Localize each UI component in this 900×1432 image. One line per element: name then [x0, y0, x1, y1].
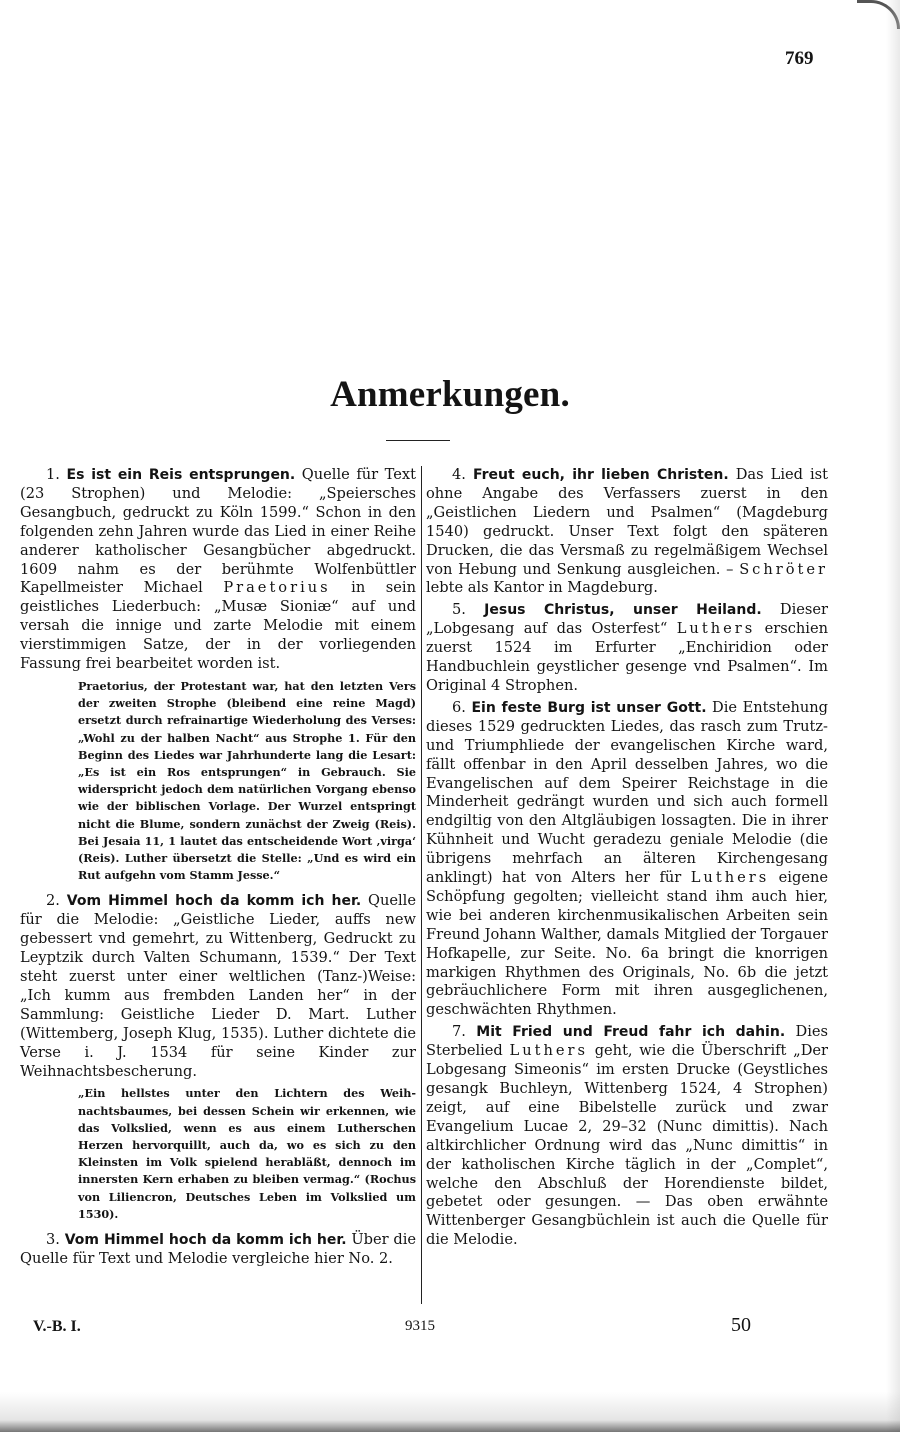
- footer-edition-number: 9315: [405, 1318, 435, 1335]
- column-divider: [421, 466, 422, 1304]
- note-number: 2.: [46, 892, 60, 909]
- note-heading: Freut euch, ihr lieben Christen.: [473, 467, 729, 483]
- spaced-name: Luthers: [510, 1042, 588, 1059]
- note-number: 7.: [452, 1023, 466, 1040]
- note-heading: Es ist ein Reis entsprungen.: [67, 467, 296, 483]
- note-2: 2. Vom Himmel hoch da komm ich her. Quel…: [20, 892, 416, 1081]
- note-text: geht, wie die Über­schrift „Der Lobgesan…: [426, 1042, 828, 1248]
- page-edge-right: [886, 0, 900, 1432]
- page-number: 769: [785, 48, 814, 70]
- note-4: 4. Freut euch, ihr lieben Christen. Das …: [426, 466, 828, 598]
- title-rule: [386, 440, 450, 441]
- note-number: 6.: [452, 699, 466, 716]
- note-number: 4.: [452, 466, 466, 483]
- note-number: 3.: [46, 1231, 60, 1248]
- note-text: lebte als Kantor in Magdeburg.: [426, 579, 658, 596]
- page-edge-bottom: [0, 1392, 900, 1432]
- note-heading: Vom Himmel hoch da komm ich her.: [65, 1232, 347, 1248]
- footer-volume-mark: V.-B. I.: [33, 1318, 81, 1336]
- note-text: Quelle für die Melodie: „Geistliche Lied…: [20, 892, 416, 1079]
- note-1-commentary: Praetorius, der Protestant war, hat den …: [78, 678, 416, 884]
- note-1: 1. Es ist ein Reis entsprungen. Quelle f…: [20, 466, 416, 674]
- left-column: 1. Es ist ein Reis entsprungen. Quelle f…: [20, 466, 416, 1272]
- spaced-name: Schröter: [739, 561, 828, 578]
- note-7: 7. Mit Fried und Freud fahr ich dahin. D…: [426, 1023, 828, 1250]
- note-5: 5. Jesus Christus, unser Heiland. Dieser…: [426, 601, 828, 696]
- spaced-name: Luthers: [677, 620, 755, 637]
- note-text: Die Entstehung dieses 1529 gedruckten Li…: [426, 699, 828, 886]
- note-heading: Vom Himmel hoch da komm ich her.: [67, 893, 361, 909]
- footer-signature-number: 50: [731, 1314, 751, 1337]
- spaced-name: Luthers: [691, 869, 769, 886]
- spaced-name: Praetorius: [223, 579, 330, 596]
- note-2-quotation: „Ein hellstes unter den Lichtern des Wei…: [78, 1085, 416, 1223]
- note-number: 1.: [46, 466, 60, 483]
- note-3: 3. Vom Himmel hoch da komm ich her. Über…: [20, 1231, 416, 1269]
- note-text: Quelle für Text (23 Strophen) und Melodi…: [20, 466, 416, 596]
- note-text: eigene Schöpfung gegolten; vielleicht st…: [426, 869, 828, 1018]
- note-heading: Ein feste Burg ist unser Gott.: [471, 700, 706, 716]
- right-column: 4. Freut euch, ihr lieben Christen. Das …: [426, 466, 828, 1253]
- note-heading: Mit Fried und Freud fahr ich dahin.: [476, 1024, 785, 1040]
- page-title: Anmerkungen.: [0, 373, 900, 416]
- note-heading: Jesus Christus, unser Heiland.: [484, 602, 762, 618]
- note-6: 6. Ein feste Burg ist unser Gott. Die En…: [426, 699, 828, 1020]
- note-number: 5.: [452, 601, 466, 618]
